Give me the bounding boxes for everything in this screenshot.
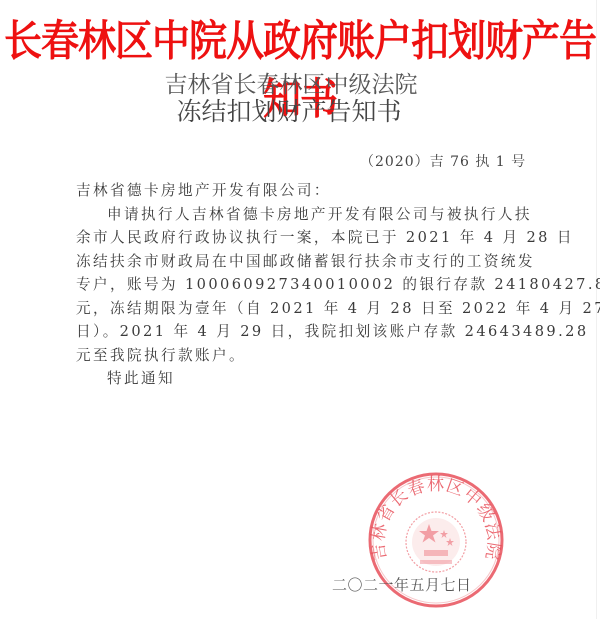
- body-line: 冻结扶余市财政局在中国邮政储蓄银行扶余市支行的工资统发: [76, 250, 528, 274]
- body-line: 申请执行人吉林省德卡房地产开发有限公司与被执行人扶: [76, 203, 528, 227]
- body-line: 专户，账号为 100060927340010002 的银行存款 24180427…: [76, 273, 528, 297]
- body-line: 余市人民政府行政协议执行一案，本院已于 2021 年 4 月 28 日: [76, 226, 528, 250]
- document-body: 吉林省德卡房地产开发有限公司： 申请执行人吉林省德卡房地产开发有限公司与被执行人…: [76, 179, 528, 391]
- body-line: 元至我院执行款账户。: [76, 344, 528, 368]
- body-line: 日）。2021 年 4 月 29 日，我院扣划该账户存款 24643489.28: [76, 320, 528, 344]
- body-line: 元，冻结期限为壹年（自 2021 年 4 月 28 日至 2022 年 4 月 …: [76, 297, 528, 321]
- document-date: 二〇二一年五月七日: [332, 575, 472, 595]
- court-name: 吉林省长春林区中级法院: [0, 71, 600, 99]
- addressee: 吉林省德卡房地产开发有限公司：: [76, 179, 528, 203]
- closing-line: 特此通知: [76, 367, 528, 391]
- document-title: 冻结扣划财产告知书: [0, 97, 600, 127]
- case-number: （2020）吉 76 执 1 号: [360, 152, 526, 172]
